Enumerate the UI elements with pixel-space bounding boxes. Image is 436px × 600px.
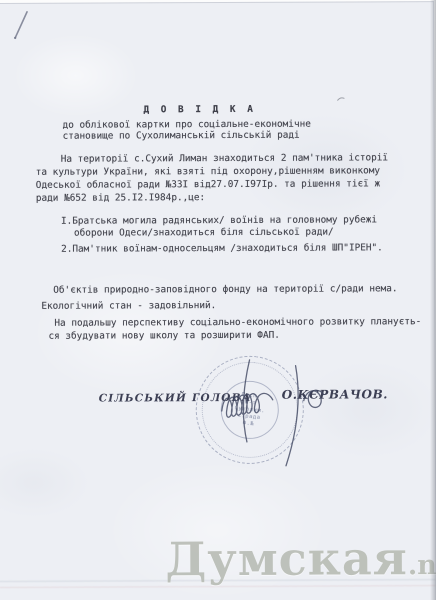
paper-sheet: Д О В І Д К А до облікової картки про со… (0, 1, 436, 600)
watermark-brand: Думская (165, 531, 408, 586)
site-watermark: Думская.net (165, 531, 436, 586)
scan-edge-shadow (430, 0, 436, 600)
handwritten-signature (0, 2, 436, 600)
scanned-page: Д О В І Д К А до облікової картки про со… (0, 0, 436, 600)
